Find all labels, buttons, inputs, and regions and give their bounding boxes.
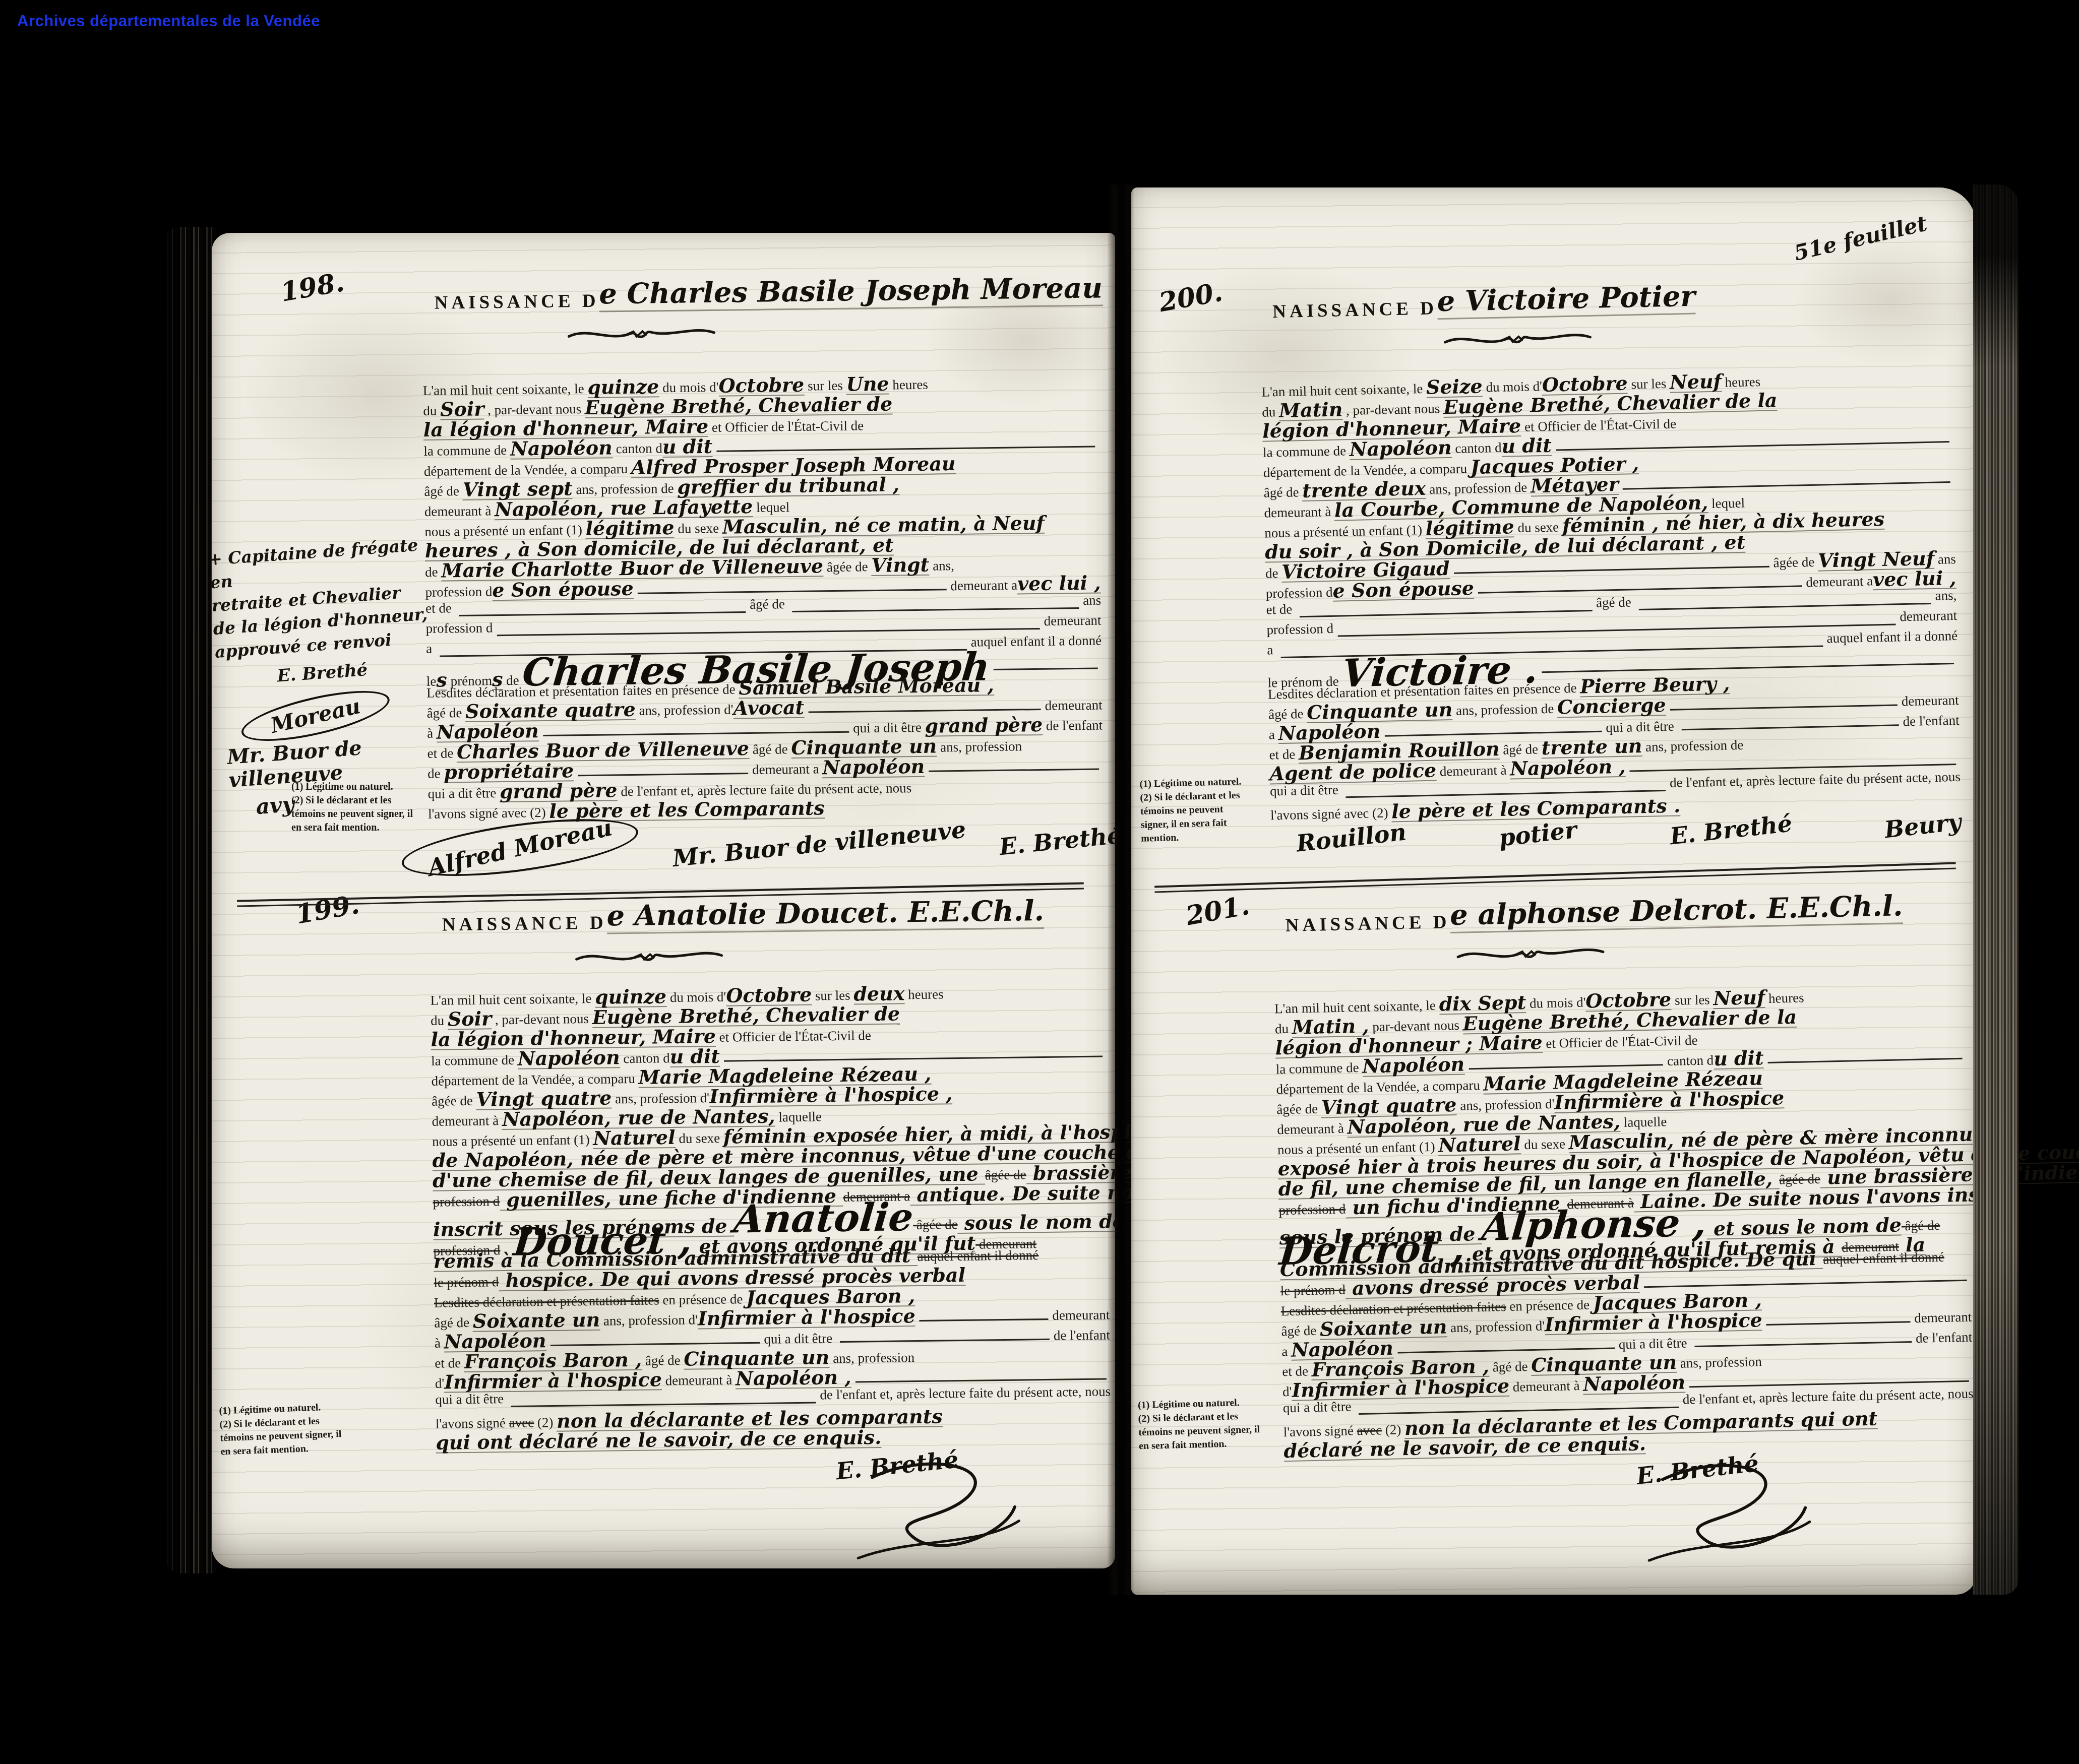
printed-segment: lequel [1708,495,1745,512]
record-line: demeurant à la Courbe, Commune de Napolé… [1264,487,1955,522]
handwritten-segment: Marie Charlotte Buor de Villeneuve [441,556,823,581]
blank-underline [724,1056,1103,1062]
record-body: L'an mil huit cent soixante, le quinze d… [423,371,1104,823]
printed-segment: demeurant [1914,1309,1972,1326]
printed-segment: ans, profession d' [636,702,733,718]
record-line: du Matin , par-devant nous Eugène Brethé… [1275,1003,1966,1038]
printed-segment: a [1281,1344,1291,1359]
blank-underline [1694,1341,1912,1347]
printed-segment: du sexe [675,1130,723,1147]
blank-underline [1768,1058,1963,1063]
handwritten-segment: Napoléon [444,1331,546,1352]
signature: Beury [1883,808,1963,843]
signature-row: E. Brethé [741,1450,1054,1481]
printed-segment: demeurant à [1277,1120,1348,1138]
handwritten-segment: Napoléon [1362,1055,1465,1077]
handwritten-segment: d'une chemise de fil, deux langes de gue… [433,1164,985,1191]
record-body: L'an mil huit cent soixante, le quinze d… [430,980,1111,1452]
printed-segment: département de la Vendée, a comparu [424,461,631,479]
record-line: qui ont déclaré ne le savoir, de ce enqu… [436,1424,1111,1452]
signature: potier [1498,816,1578,851]
blank-underline [1670,704,1898,710]
printed-segment: d' [435,1376,445,1392]
printed-segment: sur les [804,378,846,394]
record-line: Agent de police demeurant à Napoléon , [1269,749,1961,784]
record-line: Lesdites déclaration et présentation fai… [1268,668,1959,703]
printed-segment: la commune de [431,1052,518,1069]
handwritten-segment: Alfred Prosper Joseph Moreau [631,454,956,478]
record-line: et de âgé de ans, [1266,588,1957,622]
printed-segment: profession d [1266,621,1333,638]
struck-segment: avec [1357,1422,1382,1438]
record-title-hand: e Anatolie Doucet. E.E.Ch.l. [606,894,1044,934]
record-line: d'Infirmier à l'hospice demeurant à Napo… [435,1363,1111,1392]
printed-segment: demeurant [1901,692,1959,709]
blank-underline [1644,1280,1967,1288]
handwritten-segment: et avons ordonné qu'il fut remis à [1465,1237,1842,1265]
printed-segment: heures [904,986,944,1002]
handwritten-segment: avons dressé procès verbal [1345,1273,1640,1299]
handwritten-segment: la [1899,1235,1925,1255]
printed-segment: âgé de [1499,741,1542,758]
printed-segment: canton d [613,440,662,457]
handwritten-segment: François Baron , [464,1350,642,1372]
record-line: profession de Son épousedemeurant avec l… [1265,568,1956,602]
struck-segment: profession d [433,1193,500,1210]
handwritten-segment: Neuf [1713,988,1765,1009]
footnote-line: (2) Si le déclarant et les témoins ne pe… [1138,1409,1266,1454]
printed-segment: âgée de [432,1093,476,1109]
record-line: a auquel enfant il a donné [426,633,1102,661]
record-line: et de Charles Buor de Villeneuve âgé de … [427,733,1103,762]
blank-underline [578,773,748,776]
printed-segment: profession d [1266,585,1333,602]
blank-underline [1454,566,1769,574]
record-line: l'avons signé avec (2) non la déclarante… [436,1404,1111,1432]
printed-segment: demeurant à [432,1113,502,1129]
handwritten-segment: Napoléon [1291,1339,1394,1361]
struck-segment: le prénom d [1280,1282,1346,1299]
struck-segment: âgé de [1902,1218,1940,1234]
record-line: a Napoléonqui a dit être de l'enfant [1281,1326,1973,1360]
struck-segment: âgée de [985,1167,1026,1183]
record-line: Commission administrative du dit hospice… [1280,1245,1971,1280]
handwritten-name: Anatolie [732,1206,914,1231]
printed-segment: le prénom de [1267,673,1342,690]
signature: E. Brethé [1635,1450,1760,1490]
printed-segment: ans, profession [937,738,1022,755]
record-line: Lesdites déclaration et présentation fai… [426,673,1102,701]
record-line: remis à la Commission administrative du … [434,1242,1109,1271]
handwritten-segment: et sous le nom de [1706,1215,1902,1239]
printed-segment: ans [1083,593,1101,608]
printed-segment: ans, profession [1677,1354,1762,1371]
printed-segment: âgé de [1596,594,1635,611]
printed-segment: âgé de [434,1315,473,1331]
blank-underline [1542,663,1954,673]
handwritten-segment: Napoléon [510,438,613,459]
record-200: 200.Naissance de Victoire Potier L'an mi… [1131,170,2005,1594]
printed-segment: demeurant [1045,697,1102,713]
printed-segment: en présence de [1506,1297,1593,1314]
handwritten-segment: François Baron , [1311,1357,1489,1380]
record-title-hand: e alphonse Delcrot. E.E.Ch.l. [1450,889,1904,933]
printed-segment: de [425,564,442,580]
blank-underline [440,649,967,657]
record-line: profession de Son épousedemeurant avec l… [425,573,1100,601]
printed-segment: canton d [620,1050,669,1066]
printed-segment: ans, profession d' [612,1090,709,1107]
record-line: demeurant à Napoléon, rue de Nantes, laq… [1277,1104,1968,1139]
record-line: du soir , à Son Domicile, de lui déclara… [1265,527,1956,562]
handwritten-segment: le père et les Comparants [549,798,825,822]
handwritten-segment: Octobre [726,985,812,1006]
handwritten-segment: Infirmier à l'hospice [1292,1376,1509,1401]
handwritten-segment: Octobre [1585,990,1672,1012]
printed-segment: Lesdites déclaration et présentation fai… [1268,680,1580,703]
printed-segment: qui a dit être [1606,719,1678,736]
handwritten-segment: et avons ordonné qu'il fut [692,1234,975,1257]
handwritten-segment: Infirmier à l'hospice [444,1370,662,1393]
handwritten-segment: Infirmière à l'hospice , [709,1084,953,1107]
record-line: la commune de Napoléoncanton du dit [1275,1043,1967,1078]
record-line: et de François Baron , âgé de Cinquante … [1282,1346,1973,1380]
handwritten-segment: Jacques Baron , [746,1286,915,1308]
handwritten-segment: Laine. De suite nous l'avons inscrit [1633,1184,2017,1213]
blank-underline [511,1402,816,1407]
printed-segment: du sexe [1514,519,1562,536]
printed-segment: l'avons signé avec (2) [428,805,549,822]
struck-segment: âgée de [1779,1171,1820,1188]
printed-segment: département de la Vendée, a comparu [431,1071,638,1089]
handwritten-segment: Marie Magdeleine Rézeau , [638,1064,931,1088]
blank-underline [1766,1321,1911,1326]
handwritten-segment: Vingt Neuf [1818,549,1935,572]
handwritten-segment: la légion d'honneur, Maire [431,1027,716,1050]
record-line: du Soir , par-devant nous Eugène Brethé,… [431,1000,1106,1029]
record-line: du Soir , par-devant nous Eugène Brethé,… [423,391,1098,419]
printed-segment: canton d [1451,440,1502,457]
handwritten-name: Victoire . [1341,658,1539,685]
printed-segment: du sexe [1520,1136,1569,1153]
printed-segment: demeurant à [424,503,495,520]
handwritten-segment: Napoléon [518,1048,620,1069]
page-gutter [1107,184,1134,1595]
struck-segment: profession d [434,1242,501,1259]
printed-segment: heures [1722,374,1761,391]
struck-segment: profession d [1278,1202,1346,1219]
record-line: légion d'honneur ; Maire et Officier de … [1275,1023,1966,1058]
blank-underline [1280,645,1823,658]
printed-segment: à [435,1336,444,1351]
record-line: le prénom de Victoire . [1267,648,1959,683]
footnote: (1) Légitime ou naturel. (2) Si le décla… [219,1400,348,1459]
record-title: Naissance de Charles Basile Joseph Morea… [434,274,1103,316]
handwritten-segment: Samuel Basile Moreau , [739,675,994,699]
record-line: Lesdites déclaration et présentation fai… [434,1283,1110,1311]
blank-underline [459,611,746,616]
printed-segment: par-devant nous [1369,1018,1463,1035]
printed-segment: du [1262,404,1279,420]
printed-segment: de l'enfant et, après lecture faite du p… [1682,1386,1973,1408]
blank-underline [1300,610,1592,617]
handwritten-segment: Napoléon , [736,1368,851,1390]
blank-underline [1689,1380,1969,1388]
record-number: 201. [1184,890,1252,931]
record-line: légion d'honneur, Maire et Officier de l… [1262,406,1953,441]
blank-underline [1346,790,1666,798]
record-line: Lesdites déclaration et présentation fai… [1280,1285,1972,1320]
margin-signature: E. Brethé [276,654,434,688]
handwritten-segment: Napoléon [1278,722,1381,744]
record-title: Naissance de Victoire Potier [1272,283,1695,325]
record-line: nous a présenté un enfant (1) Naturel du… [432,1121,1108,1150]
printed-segment: et Officier de l'État-Civil de [1521,416,1677,434]
printed-segment: de [503,673,522,688]
record-line: âgé de Vingt sept ans, profession de gre… [424,472,1099,500]
record-line: a auquel enfant il a donné [1267,628,1958,663]
record-line: a Napoléonqui a dit être de l'enfant [1268,709,1960,743]
blank-underline [1478,585,1802,593]
record-line: qui a dit être grand père de l'enfant et… [427,774,1103,802]
record-line: nous a présenté un enfant (1) Naturel du… [1277,1124,1969,1159]
handwritten-segment: féminin exposée hier, à midi, à l'hospic… [723,1122,1155,1147]
handwritten-segment: guenilles, une fiche d'indienne [500,1186,843,1211]
printed-segment: département de la Vendée, a comparu [1276,1078,1484,1098]
record-line: et de François Baron , âgé de Cinquante … [435,1343,1110,1371]
printed-segment: du [431,1013,448,1028]
handwritten-segment: Masculin, né de père & mère inconnus [1568,1124,1984,1153]
printed-segment: auquel enfant il a donné [1826,628,1958,646]
handwritten-name: Charles Basile Joseph [521,655,991,684]
handwritten-segment: Vingt [871,555,929,576]
handwritten-segment: Marie Magdeleine Rézeau [1483,1068,1763,1095]
printed-segment: de l'enfant et, après lecture faite du p… [1670,769,1961,791]
printed-segment: qui a dit être [435,1391,507,1408]
printed-segment: de l'enfant et, après lecture faite du p… [617,780,911,799]
handwritten-segment: Cinquante un [791,737,937,759]
printed-segment: du sexe [674,521,722,537]
handwritten-segment: Matin , [1292,1016,1369,1038]
blank-underline [551,1342,760,1346]
struck-segment: demeurant à [1567,1195,1634,1213]
handwritten-segment: Octobre [1542,373,1628,396]
record-line: sous le prénom de Alphonse , et sous le … [1279,1205,1970,1239]
printed-segment: du [1275,1021,1292,1037]
printed-segment: demeurant a [1806,573,1873,590]
printed-segment: nous a présenté un enfant (1) [424,522,586,540]
handwritten-segment: grand père [500,781,618,802]
record-line: de propriétairedemeurant a Napoléon [427,753,1103,782]
record-line: L'an mil huit cent soixante, le quinze d… [423,371,1098,399]
printed-segment: heures [889,377,928,393]
struck-segment: avec [509,1415,534,1431]
blank-underline [716,446,1095,452]
printed-segment: laquelle [775,1109,822,1125]
handwritten-segment: quinze [587,377,659,398]
record-line: exposé hier à trois heures du soir, à l'… [1277,1144,1969,1179]
struck-segment: Lesdites déclaration et présentation fai… [1280,1299,1506,1319]
record-line: L'an mil huit cent soixante, le quinze d… [430,980,1106,1009]
record-line: demeurant à Napoléon, rue Lafayette lequ… [424,492,1100,520]
record-line: Delcrot , et avons ordonné qu'il fut rem… [1279,1225,1971,1259]
handwritten-segment: u dit [1501,436,1552,457]
handwritten-segment: Neuf [1670,372,1722,393]
blank-underline [1639,603,1931,610]
printed-segment: (2) [1382,1422,1405,1438]
printed-segment: la commune de [1275,1060,1362,1078]
handwritten-segment: Eugène Brethé, Chevalier de [592,1004,900,1028]
handwritten-segment: Concierge [1557,696,1667,718]
footnote-line: (2) Si le déclarant et les témoins ne pe… [291,794,418,835]
struck-segment: donné [1002,1247,1038,1264]
printed-segment: et de [1266,601,1296,617]
record-title-printed: Naissance d [1272,298,1438,322]
handwritten-segment: non la déclarante et les comparants [557,1407,943,1431]
printed-segment: ans, profession d' [1447,1318,1545,1336]
record-line: département de la Vendée, a comparu Mari… [431,1061,1107,1089]
printed-segment: demeurant à [662,1372,736,1389]
handwritten-segment: Vingt quatre [1321,1095,1457,1118]
struck-segment: âgée de [913,1217,958,1233]
handwritten-segment: Eugène Brethé, Chevalier de la [1443,391,1778,418]
handwritten-segment: Eugène Brethé, Chevalier de [585,395,893,418]
handwritten-segment: Infirmière à l'hospice [1554,1088,1785,1113]
footnote: (1) Légitime ou naturel. (2) Si le décla… [1139,775,1252,846]
printed-segment: qui a dit être [1619,1335,1691,1352]
struck-segment: auquel enfant il [1823,1250,1908,1268]
printed-segment: sur les [1671,992,1714,1009]
record-line: à Napoléonqui a dit être de l'enfant [435,1323,1110,1351]
handwritten-segment: hospice. De qui avons dressé procès verb… [499,1266,965,1291]
record-line: d'une chemise de fil, deux langes de gue… [433,1162,1108,1190]
printed-segment: L'an mil huit cent soixante, le [1274,998,1439,1017]
handwritten-segment: Soixante quatre [465,700,636,722]
handwritten-segment: Pierre Beury , [1580,674,1730,697]
printed-segment: de l'enfant [1903,713,1960,729]
handwritten-segment: légitime [1425,517,1514,539]
signature: Mr. Buor de villeneuve [671,815,967,872]
struck-segment: demeurant [975,1236,1036,1252]
printed-segment: âgé de [749,741,791,758]
handwritten-segment: légion d'honneur ; Maire [1275,1033,1543,1058]
blank-underline [1623,481,1950,490]
printed-segment: nous a présenté un enfant (1) [1264,522,1426,541]
record-line: demeurant à Napoléon, rue de Nantes, laq… [432,1101,1107,1129]
handwritten-segment: inscrit sous les prénoms de [433,1216,734,1240]
record-title: Naissance de alphonse Delcrot. E.E.Ch.l. [1285,892,1903,938]
blank-underline [920,1318,1049,1321]
handwritten-segment: légitime [585,518,674,539]
handwritten-segment: déclaré ne le savoir, de ce enquis. [1283,1434,1646,1462]
record-line: profession d un fichu d'indienne demeura… [1278,1184,1970,1219]
record-line: âgé de trente deux ans, profession de Mé… [1263,467,1954,501]
printed-segment: âgé de [642,1353,684,1369]
blank-underline [1469,1064,1663,1069]
handwritten-segment: propriétaire [444,761,574,783]
handwritten-segment: trente un [1541,736,1642,759]
printed-segment: du mois d' [1526,994,1586,1011]
handwritten-segment: Seize [1426,376,1483,398]
signature: Rouillon [1295,818,1408,857]
record-line: de fil, une chemise de fil, un lange en … [1278,1164,1969,1199]
printed-segment: , par-devant nous [484,401,585,418]
flourish-icon [1442,328,1594,349]
blank-underline [1556,441,1949,451]
printed-segment: l'avons signé [436,1415,509,1432]
blank-underline [543,731,849,736]
handwritten-segment: trente deux [1302,479,1426,501]
record-line: âgé de Soixante un ans, profession d'Inf… [1281,1305,1972,1340]
record-line: du Matin , par-devant nous Eugène Brethé… [1262,386,1953,421]
handwritten-segment: la légion d'honneur, Maire [423,417,709,440]
record-title-hand: e Charles Basile Joseph Moreau [599,271,1103,312]
handwritten-segment: féminin , né hier, à dix heures [1562,510,1884,536]
signature-row: E. Brethé [1541,1453,1854,1487]
handwritten-segment: Napoléon [1349,438,1452,460]
printed-segment: ans, profession de [1642,737,1744,755]
printed-segment: laquelle [1620,1114,1667,1130]
printed-segment: la commune de [423,443,510,459]
handwritten-segment: Matin [1279,400,1343,421]
page-right: 200.Naissance de Victoire Potier L'an mi… [1131,187,1976,1595]
record-body: L'an mil huit cent soixante, le Seize du… [1261,366,1961,824]
record-line: âgée de Vingt quatre ans, profession d'I… [1276,1084,1968,1118]
record-line: la légion d'honneur, Maire et Officier d… [431,1021,1106,1049]
printed-segment: qui a dit être [1270,782,1342,799]
record-line: le prénom d hospice. De qui avons dressé… [434,1263,1109,1291]
paraph-icon [1642,1461,1815,1570]
signature-row: RouillonpotierE. BrethéBeury [1296,811,1962,853]
handwritten-segment: Napoléon [1583,1373,1686,1395]
record-line: les prénoms de Charles Basile Joseph [426,653,1102,681]
printed-segment: , par-devant nous [492,1011,592,1028]
page-stack-edge [1973,184,2019,1595]
printed-segment: demeurant a [752,761,823,778]
printed-segment: L'an mil huit cent soixante, le [430,991,595,1009]
printed-segment: en présence de [659,1291,747,1308]
handwritten-segment: Masculin, né ce matin, à Neuf [722,514,1045,538]
handwritten-segment: remis à la Commission administrative du … [434,1246,918,1272]
blank-underline [929,769,1099,772]
blank-underline [1359,1407,1679,1415]
record-line: la commune de Napoléon canton du dit [431,1041,1107,1069]
signature-row: Alfred MoreauMr. Buor de villeneuveE. Br… [400,816,1122,872]
handwritten-segment: Napoléon, rue de Nantes, [1347,1112,1620,1138]
printed-segment: (2) [534,1415,557,1431]
record-line: profession ddemeurant [1266,608,1958,643]
printed-segment: de l'enfant [1916,1330,1973,1346]
printed-segment: du mois d' [666,989,726,1005]
printed-segment: demeurant [1052,1307,1110,1323]
record-line: qui a dit être de l'enfant et, après lec… [1282,1386,1974,1421]
record-title: Naissance de Anatolie Doucet. E.E.Ch.l. [442,897,1044,938]
flourish-icon [566,324,717,344]
printed-segment: ans, [1935,588,1956,604]
printed-segment: nous a présenté un enfant (1) [1277,1139,1439,1158]
handwritten-segment: heures , à Son domicile, de lui déclaran… [425,536,894,561]
record-line: et de Benjamin Rouillon âgé de trente un… [1269,729,1960,764]
printed-segment: demeurant [1900,608,1958,624]
handwritten-segment: s [492,670,503,690]
archive-watermark: Archives départementales de la Vendée [17,12,320,30]
printed-segment: et Officier de l'État-Civil de [708,418,864,435]
handwritten-segment: Napoléon [822,757,925,778]
signature: E. Brethé [1668,809,1793,850]
record-line: département de la Vendée, a comparu Alfr… [424,452,1099,480]
handwritten-segment: sous le nom de [957,1212,1125,1234]
record-number: 199. [293,889,361,930]
